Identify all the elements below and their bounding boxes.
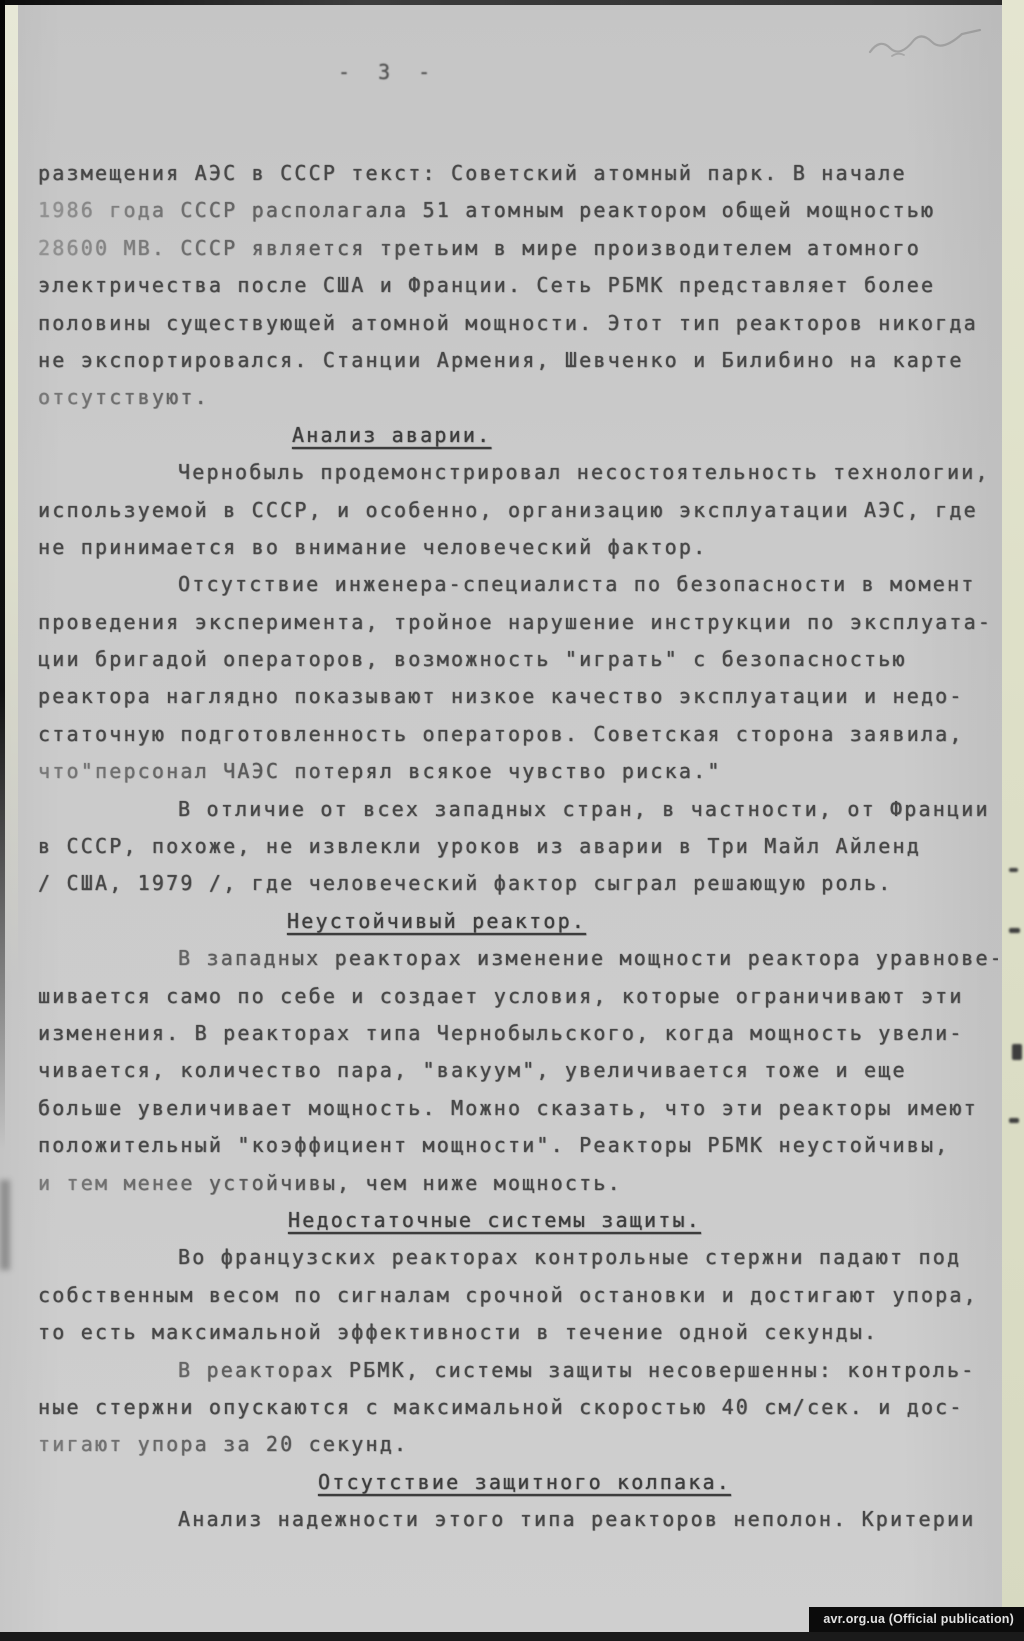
text-line: 1986 года СССР располагала 51 атомным ре… [38, 192, 998, 229]
text-line: и тем менее устойчивы, чем ниже мощность… [38, 1165, 998, 1202]
text-line: что"персонал ЧАЭС потерял всякое чувство… [38, 753, 998, 790]
text-line: В реакторах РБМК, системы защиты несовер… [38, 1352, 998, 1389]
text-line: шивается само по себе и создает условия,… [38, 978, 998, 1015]
margin-mark [1009, 928, 1020, 933]
text-line: используемой в СССР, и особенно, организ… [38, 492, 998, 529]
text-line: Чернобыль продемонстрировал несостоятель… [38, 454, 998, 491]
scan-edge-right [1002, 0, 1024, 1632]
text-line: / США, 1979 /, где человеческий фактор с… [38, 865, 998, 902]
text-line: не экспортировался. Станции Армения, Шев… [38, 342, 998, 379]
watermark-label: avr.org.ua (Official publication) [809, 1607, 1024, 1632]
text-line: статочную подготовленность операторов. С… [38, 716, 998, 753]
section-heading: Отсутствие защитного колпака. [38, 1464, 998, 1501]
text-line: Анализ надежности этого типа реакторов н… [38, 1501, 998, 1538]
text-line: проведения эксперимента, тройное нарушен… [38, 604, 998, 641]
text-line: в СССР, похоже, не извлекли уроков из ав… [38, 828, 998, 865]
text-line: половины существующей атомной мощности. … [38, 305, 998, 342]
text-line: то есть максимальной эффективности в теч… [38, 1314, 998, 1351]
text-line: Отсутствие инженера-специалиста по безоп… [38, 566, 998, 603]
margin-mark [1009, 1118, 1019, 1123]
scan-edge-left-strip [5, 5, 18, 985]
text-line: чивается, количество пара, "вакуум", уве… [38, 1052, 998, 1089]
text-line: Во французских реакторах контрольные сте… [38, 1239, 998, 1276]
scan-smudge [0, 1180, 10, 1270]
page-number: - 3 - [338, 60, 438, 84]
text-line: ции бригадой операторов, возможность "иг… [38, 641, 998, 678]
scan-edge-left [0, 0, 5, 1150]
text-line: положительный "коэффициент мощности". Ре… [38, 1127, 998, 1164]
text-line: не принимается во внимание человеческий … [38, 529, 998, 566]
text-line: размещения АЭС в СССР текст: Советский а… [38, 155, 998, 192]
text-line: больше увеличивает мощность. Можно сказа… [38, 1090, 998, 1127]
margin-mark [1009, 868, 1018, 872]
text-line: электричества после США и Франции. Сеть … [38, 267, 998, 304]
scan-edge-bottom [0, 1632, 1024, 1641]
section-heading: Неустойчивый реактор. [38, 903, 998, 940]
scanned-document-page: - 3 - размещения АЭС в СССР текст: Совет… [0, 0, 1024, 1641]
text-line: 28600 МВ. СССР является третьим в мире п… [38, 230, 998, 267]
text-line: тигают упора за 20 секунд. [38, 1426, 998, 1463]
scan-edge-top [0, 0, 1024, 5]
document-body: размещения АЭС в СССР текст: Советский а… [38, 155, 998, 1538]
text-line: реактора наглядно показывают низкое каче… [38, 678, 998, 715]
text-line: изменения. В реакторах типа Чернобыльско… [38, 1015, 998, 1052]
section-heading: Анализ аварии. [38, 417, 998, 454]
text-line: В отличие от всех западных стран, в част… [38, 791, 998, 828]
text-line: собственным весом по сигналам срочной ос… [38, 1277, 998, 1314]
text-line: отсутствуют. [38, 379, 998, 416]
text-line: ные стержни опускаются с максимальной ск… [38, 1389, 998, 1426]
section-heading: Недостаточные системы защиты. [38, 1202, 998, 1239]
pencil-mark [862, 20, 992, 70]
margin-mark [1012, 1044, 1022, 1060]
text-line: В западных реакторах изменение мощности … [38, 940, 998, 977]
